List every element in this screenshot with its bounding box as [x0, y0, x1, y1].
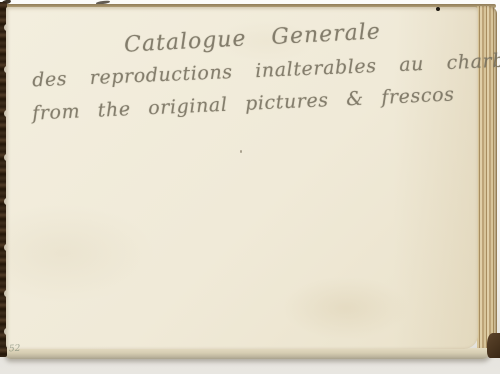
handwritten-line-3: from the original pictures & frescos — [32, 83, 455, 124]
notebook-page: Catalogue Generale des reproductions ina… — [6, 7, 478, 349]
page-stack-bottom-edge — [5, 348, 492, 359]
page-number: 52 — [9, 344, 21, 355]
scanned-photo: Catalogue Generale des reproductions ina… — [0, 0, 500, 374]
ink-dot — [436, 7, 440, 11]
paper-speck — [240, 150, 242, 153]
cover-corner — [487, 333, 500, 358]
handwritten-title: Catalogue Generale — [124, 19, 382, 57]
